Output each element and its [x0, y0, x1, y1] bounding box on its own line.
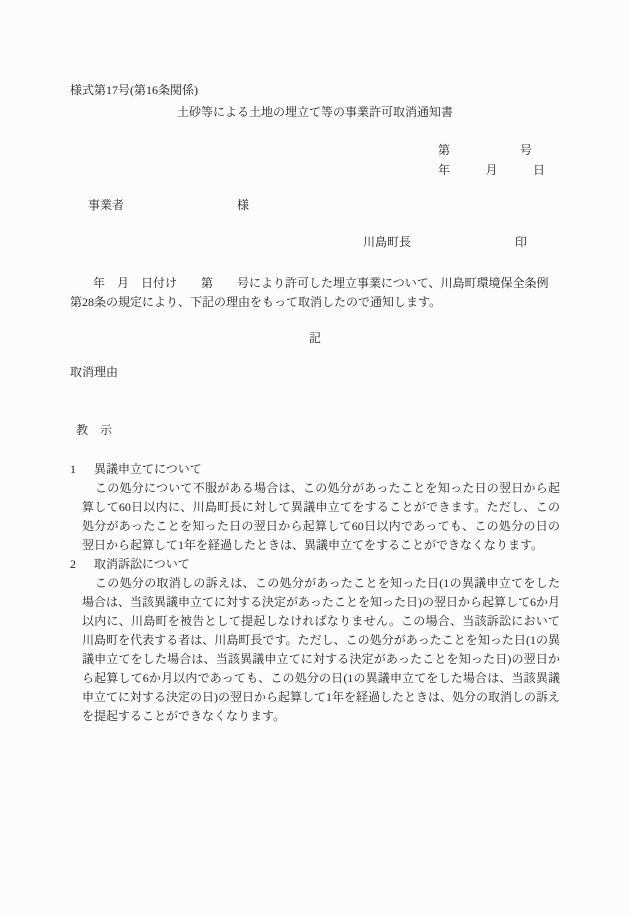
year-label: 年 [438, 161, 450, 180]
item-title-line: 1異議申立てについて [70, 460, 560, 479]
record-marker: 記 [0, 329, 630, 348]
doc-number-line: 第 号 [438, 141, 532, 160]
notification-line-1: 年 月 日付け 第 号により許可した埋立事業について、川島町環境保全条例 [70, 274, 562, 293]
item-body: この処分について不服がある場合は、この処分があったことを知った日の翌日から起算し… [70, 479, 560, 555]
instruction-heading: 教 示 [76, 421, 112, 440]
notification-line-2: 第28条の規定により、下記の理由をもって取消したので通知します。 [70, 293, 562, 312]
month-label: 月 [485, 161, 497, 180]
mayor-title: 川島町長 [363, 233, 411, 252]
issuer-line: 川島町長 印 [363, 233, 527, 252]
notification-paragraph: 年 月 日付け 第 号により許可した埋立事業について、川島町環境保全条例 第28… [70, 274, 562, 312]
item-number: 1 [70, 460, 94, 479]
document-page: 様式第17号(第16条関係) 土砂等による土地の埋立て等の事業許可取消通知書 第… [0, 0, 630, 915]
form-number: 様式第17号(第16条関係) [70, 81, 198, 100]
item-number: 2 [70, 555, 94, 574]
document-title: 土砂等による土地の埋立て等の事業許可取消通知書 [0, 103, 630, 122]
doc-number-suffix: 号 [520, 141, 532, 160]
date-line: 年 月 日 [438, 161, 545, 180]
honorific-label: 様 [237, 196, 249, 215]
addressee-line: 事業者 様 [88, 196, 249, 215]
item-title-line: 2取消訴訟について [70, 555, 560, 574]
business-operator-label: 事業者 [88, 196, 124, 215]
cancellation-reason-label: 取消理由 [70, 363, 118, 382]
day-label: 日 [533, 161, 545, 180]
instruction-item-lawsuit: 2取消訴訟について この処分の取消しの訴えは、この処分があったことを知った日(1… [70, 555, 560, 726]
instruction-list: 1異議申立てについて この処分について不服がある場合は、この処分があったことを知… [70, 460, 560, 726]
doc-number-prefix: 第 [438, 141, 450, 160]
item-title: 異議申立てについて [94, 462, 202, 476]
item-title: 取消訴訟について [94, 557, 190, 571]
seal-mark: 印 [515, 233, 527, 252]
item-body: この処分の取消しの訴えは、この処分があったことを知った日(1の異議申立てをした場… [70, 574, 560, 726]
instruction-item-objection: 1異議申立てについて この処分について不服がある場合は、この処分があったことを知… [70, 460, 560, 555]
